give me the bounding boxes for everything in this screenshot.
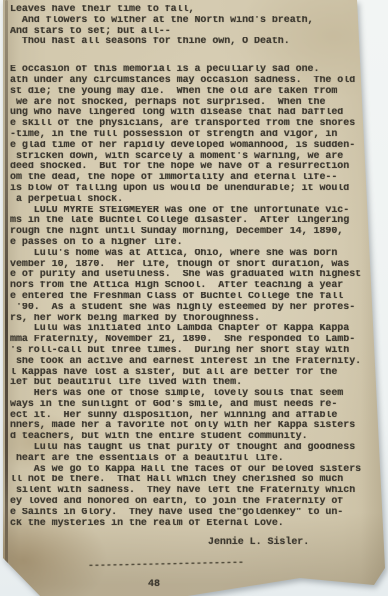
text-line: Leaves have their time to fall, [10,5,366,16]
photo-background: Leaves have their time to fall, And flow… [0,0,388,596]
text-line: ck the mysteries in the realm of Eternal… [10,519,366,530]
text-line: deed shocked. But for the hope we have o… [10,162,366,173]
text-line: Thou hast all seasons for thine own, O D… [10,37,366,48]
text-line: e entered the Freshman Class of Buchtel … [10,292,366,303]
signature-line: Jennie L. Sisler. [208,538,366,549]
text-line: -time, in the full possession of strengt… [10,130,366,141]
text-line: rough the night until Sunday morning, De… [10,227,366,238]
text-line: LULU MYRTE STEIGMEYER was one of the unf… [10,206,366,217]
text-line: nners, made her a favorite not only with… [10,421,366,432]
paragraph-home: Lulu's home was at Attica, Ohio, where s… [10,249,366,325]
text-line: is blow of falling upon us would be unen… [10,184,366,195]
text-line: heart are the essentials of a beautiful … [10,454,366,465]
text-line: E occasion of this memorial is a peculia… [10,65,366,76]
text-line: ll not be there. That Hall which they ch… [10,475,366,486]
text-line: ey loved and honored on earth, to join t… [10,497,366,508]
text-line: 's roll-call but three times. During her… [10,346,366,357]
text-line: ms in the late Buchtel College disaster.… [10,216,366,227]
text-line: ung who have lingered long with disease … [10,108,366,119]
text-line: e glad time of her rapidly developed wom… [10,141,366,152]
text-line: om the dead, the hope of immortality and… [10,173,366,184]
poem-block: Leaves have their time to fall, And flow… [10,5,366,48]
text-line: '90. As a student she was highly esteeme… [10,303,366,314]
text-line: And flowers to wither at the North wind'… [10,16,366,27]
text-line: Lulu was initiated into Lambda Chapter o… [10,324,366,335]
text-line: mma Fraternity, November 21, 1890. She r… [10,335,366,346]
binding-fold-shadow [5,0,8,586]
page-number: 48 [148,580,366,591]
text-line: As we go to Kappa Hall the faces of our … [10,465,366,476]
text-line: vember 10, 1870. Her life, though of sho… [10,260,366,271]
paragraph-lesson: Lulu has taught us that purity of though… [10,443,366,465]
text-line: e Saints in Glory. They have used the"go… [10,508,366,519]
paper-page: Leaves have their time to fall, And flow… [0,0,388,596]
text-line: e passes on to a higher life. [10,238,366,249]
text-line: we are not shocked, perhaps not surprise… [10,98,366,109]
paragraph-character: Hers was one of those simple, lovely sou… [10,389,366,443]
text-line: st die; the young may die. When the old … [10,87,366,98]
paragraph-victim: LULU MYRTE STEIGMEYER was one of the unf… [10,206,366,249]
text-line: Hers was one of those simple, lovely sou… [10,389,366,400]
text-line: ief but beautiful life lived with them. [10,378,366,389]
memorial-text: Leaves have their time to fall, And flow… [10,5,366,591]
text-line: stricken down, with scarcely a moment's … [10,152,366,163]
paper-shadow: Leaves have their time to fall, And flow… [0,0,388,596]
text-line: ways in the sunlight of God's smile, and… [10,400,366,411]
text-line: silent with sadness. They have left the … [10,486,366,497]
paragraph-farewell: As we go to Kappa Hall the faces of our … [10,465,366,530]
text-line: nors from the Attica High School. After … [10,281,366,292]
text-line: ath under any circumstances may occasion… [10,76,366,87]
text-line: a perpetual shock. [10,195,366,206]
text-line: ect it. Her sunny disposition, her winni… [10,411,366,422]
lifted-corner [0,558,46,596]
text-line: Lulu's home was at Attica, Ohio, where s… [10,249,366,260]
divider-line: -------------------------- [88,556,366,573]
text-line: rs, her work being marked by thoroughnes… [10,314,366,325]
text-line: And stars to set; but all-- [10,27,366,38]
paragraph-initiation: Lulu was initiated into Lambda Chapter o… [10,324,366,389]
text-line: e skill of the physicians, are transport… [10,119,366,130]
text-line: d teachers, but with the entire student … [10,432,366,443]
text-line: e of purity and usefulness. She was grad… [10,270,366,281]
text-line: she took an active and earnest interest … [10,357,366,368]
text-line: Lulu has taught us that purity of though… [10,443,366,454]
text-line: l Kappas have lost a sister, but all are… [10,368,366,379]
paragraph-occasion: E occasion of this memorial is a peculia… [10,65,366,205]
